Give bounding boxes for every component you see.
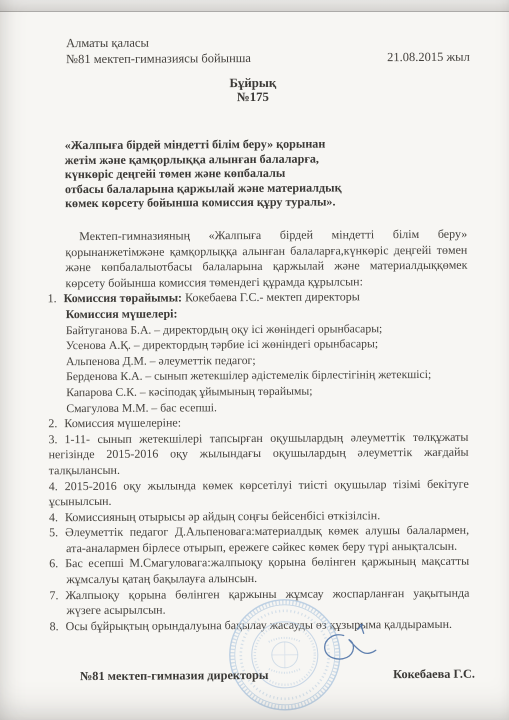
item-text: Комиссия мүшелеріне:	[64, 416, 181, 431]
item-number: 1.	[48, 292, 57, 306]
subject-line: көмек көрсету бойынша комиссия құру тура…	[65, 194, 425, 211]
item-number: 2.	[48, 416, 57, 430]
item-text: 1-11- сынып жетекшілері тапсырған оқушыл…	[49, 429, 469, 477]
item-number: 3.	[48, 432, 57, 446]
item-number: 6.	[49, 557, 58, 571]
intro-paragraph: Мектеп-гимназияның «Жалпыға бірдей мінде…	[65, 227, 467, 292]
document-page: Алматы қаласы №81 мектеп-гимназиясы бойы…	[0, 0, 509, 720]
issuing-organization: Алматы қаласы №81 мектеп-гимназиясы бойы…	[66, 34, 251, 67]
order-item-3: 3.1-11- сынып жетекшілері тапсырған оқуш…	[48, 429, 468, 478]
chair-label: Комиссия төрайымы:	[64, 291, 183, 306]
order-date: 21.08.2015 жыл	[387, 50, 470, 66]
order-number: №175	[0, 89, 507, 106]
item-number: 4.	[49, 510, 58, 524]
signature-block: №81 мектеп-гимназия директоры Кокебаева …	[50, 667, 475, 685]
order-body: Мектеп-гимназияның «Жалпыға бірдей мінде…	[47, 227, 469, 635]
order-subject: «Жалпыға бірдей міндетті білім беру» қор…	[65, 136, 425, 211]
director-post-title: №81 мектеп-гимназия директоры	[80, 668, 269, 684]
chair-value: Кокебаева Г.С.- мектеп директоры	[182, 290, 360, 305]
item-text: Әлеуметтік педагог Д.Альпеновага:материа…	[65, 523, 469, 555]
scanner-edge-band	[0, 0, 509, 12]
item-text: Комиссияның отырысы әр айдың соңғы бейсе…	[65, 508, 380, 524]
org-city-line: Алматы қаласы	[66, 34, 251, 51]
item-number: 7.	[49, 588, 58, 602]
director-signature-icon	[314, 621, 386, 674]
order-item-4a: 4.2015-2016 оқу жылында көмек көрсетілуі…	[49, 476, 469, 510]
item-text: 2015-2016 оқу жылында көмек көрсетілуі т…	[49, 476, 469, 508]
item-number: 8.	[50, 619, 59, 633]
member-row: Берденова К.А. – сынып жетекшілер әдісте…	[66, 367, 468, 385]
item-number: 5.	[49, 525, 58, 539]
order-title: Бұйрық №175	[0, 75, 507, 106]
scanned-order-document: Алматы қаласы №81 мектеп-гимназиясы бойы…	[0, 0, 509, 720]
item-text: Бас есепші М.Смагуловага:жалпыоқу қорына…	[65, 554, 469, 586]
order-item-5: 5.Әлеуметтік педагог Д.Альпеновага:матер…	[49, 523, 469, 557]
members-list: Байтуганова Б.А. – директордың оқу ісі ж…	[66, 320, 469, 416]
org-school-line: №81 мектеп-гимназиясы бойынша	[66, 50, 251, 67]
item-number: 4.	[49, 479, 58, 493]
director-name: Кокебаева Г.С.	[393, 667, 475, 682]
order-item-6: 6.Бас есепші М.Смагуловага:жалпыоқу қоры…	[49, 554, 469, 588]
